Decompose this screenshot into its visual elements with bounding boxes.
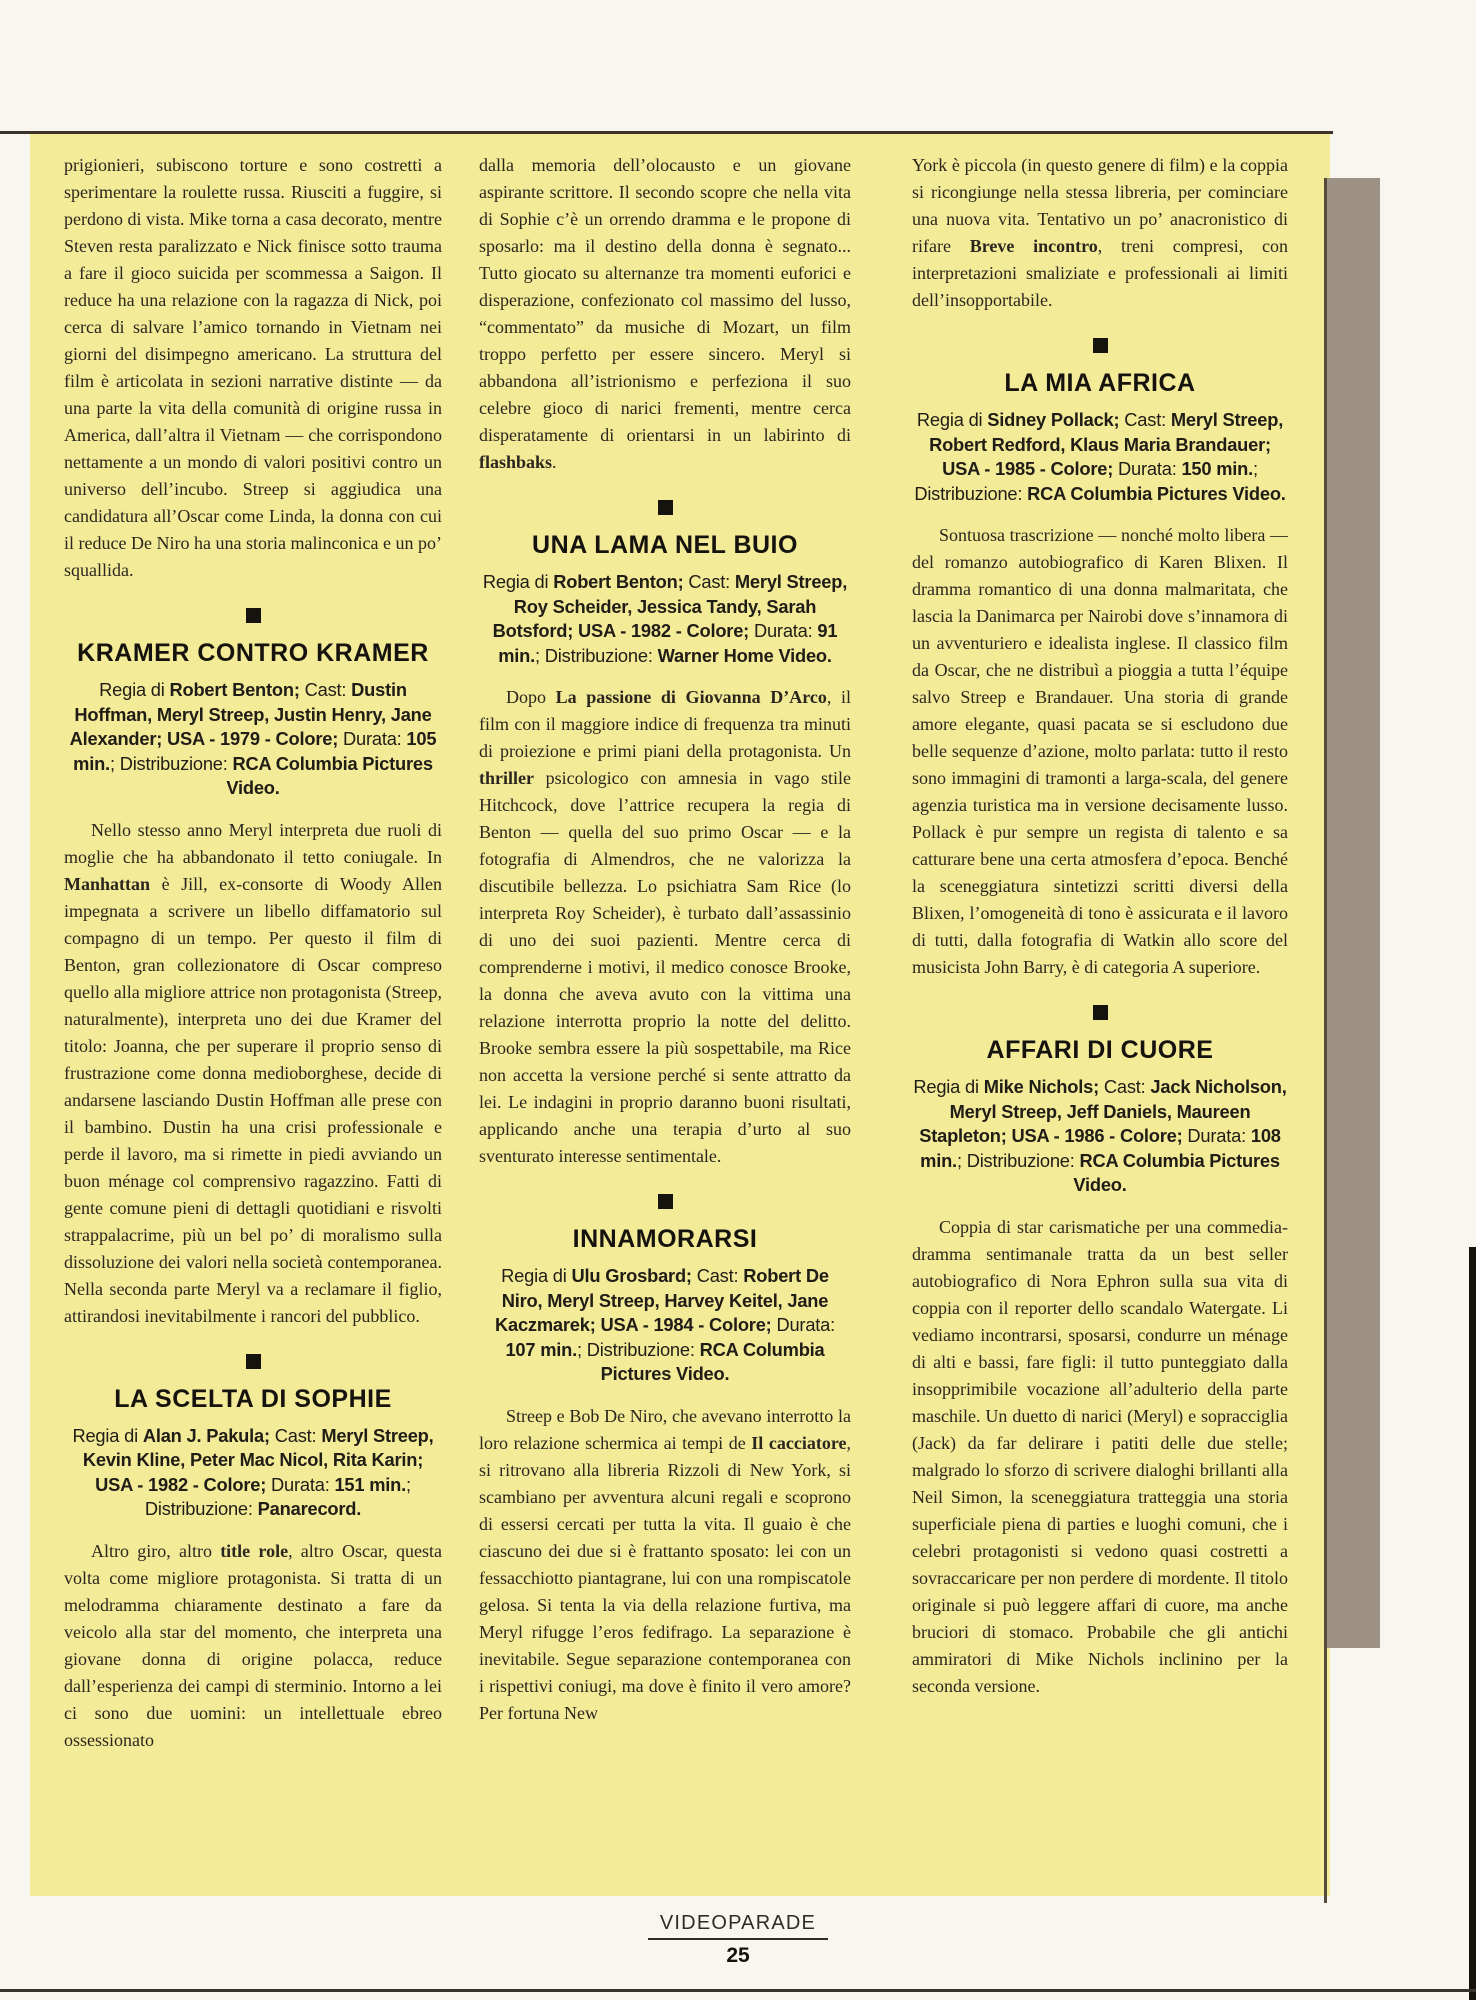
page-footer: VIDEOPARADE 25 bbox=[0, 1912, 1476, 1968]
film-credits: Regia di Alan J. Pakula; Cast: Meryl Str… bbox=[64, 1424, 442, 1522]
text-column-2: dalla memoria dell’olocausto e un giovan… bbox=[479, 152, 851, 1897]
bold-text-run: 107 min. bbox=[505, 1339, 577, 1360]
film-section-title: AFFARI DI CUORE bbox=[912, 1036, 1288, 1065]
film-section-title: UNA LAMA NEL BUIO bbox=[479, 531, 851, 560]
text-run: Sontuosa trascrizione — nonché molto lib… bbox=[912, 525, 1288, 977]
body-text: York è piccola (in questo genere di film… bbox=[912, 152, 1288, 314]
bold-text-run: Sidney Pollack; bbox=[987, 409, 1119, 430]
text-run: Durata: bbox=[1183, 1125, 1251, 1146]
text-run: dalla memoria dell’olocausto e un giovan… bbox=[479, 155, 851, 445]
scan-edge-bar bbox=[1469, 1247, 1476, 2000]
panel-edge-line bbox=[1324, 1648, 1327, 1903]
film-section-title: LA SCELTA DI SOPHIE bbox=[64, 1385, 442, 1414]
text-column-3: York è piccola (in questo genere di film… bbox=[912, 152, 1288, 1897]
text-run: Regia di bbox=[913, 1076, 983, 1097]
film-credits: Regia di Robert Benton; Cast: Dustin Hof… bbox=[64, 678, 442, 801]
text-run: Dopo bbox=[506, 687, 556, 707]
body-text: prigionieri, subiscono torture e sono co… bbox=[64, 152, 442, 584]
film-credits: Regia di Ulu Grosbard; Cast: Robert De N… bbox=[479, 1264, 851, 1387]
body-text: Sontuosa trascrizione — nonché molto lib… bbox=[912, 522, 1288, 981]
scan-shadow-strip bbox=[1324, 178, 1380, 1648]
bold-text-run: thriller bbox=[479, 768, 534, 788]
text-run: psicologico con amnesia in vago stile Hi… bbox=[479, 768, 851, 1166]
film-section-title: INNAMORARSI bbox=[479, 1225, 851, 1254]
body-text: dalla memoria dell’olocausto e un giovan… bbox=[479, 152, 851, 476]
text-run: Durata: bbox=[772, 1314, 835, 1335]
text-run: Cast: bbox=[300, 679, 351, 700]
section-marker-icon bbox=[658, 500, 673, 515]
text-run: Cast: bbox=[1119, 409, 1170, 430]
bold-text-run: Il cacciatore bbox=[751, 1433, 846, 1453]
text-run: Cast: bbox=[683, 571, 734, 592]
text-run: Cast: bbox=[1099, 1076, 1150, 1097]
film-section-title: KRAMER CONTRO KRAMER bbox=[64, 639, 442, 668]
bold-text-run: Robert Benton; bbox=[553, 571, 683, 592]
bold-text-run: La passione di Giovanna D’Arco bbox=[556, 687, 827, 707]
bold-text-run: Mike Nichols; bbox=[984, 1076, 1099, 1097]
text-run: Altro giro, altro bbox=[91, 1541, 220, 1561]
text-run: Durata: bbox=[1113, 458, 1181, 479]
bold-text-run: Warner Home Video. bbox=[658, 645, 832, 666]
section-marker-icon bbox=[246, 608, 261, 623]
bottom-rule bbox=[0, 1989, 1476, 1992]
film-credits: Regia di Mike Nichols; Cast: Jack Nichol… bbox=[912, 1075, 1288, 1198]
section-marker-icon bbox=[1093, 1005, 1108, 1020]
text-run: Cast: bbox=[692, 1265, 743, 1286]
text-run: Regia di bbox=[99, 679, 169, 700]
film-credits: Regia di Sidney Pollack; Cast: Meryl Str… bbox=[912, 408, 1288, 506]
bold-text-run: Robert Benton; bbox=[170, 679, 300, 700]
section-marker-icon bbox=[246, 1354, 261, 1369]
text-run: Durata: bbox=[338, 728, 406, 749]
text-run: ; Distribuzione: bbox=[535, 645, 658, 666]
text-run: prigionieri, subiscono torture e sono co… bbox=[64, 155, 442, 580]
bold-text-run: RCA Columbia Pictures Video. bbox=[1073, 1150, 1280, 1196]
bold-text-run: Breve incontro bbox=[970, 236, 1098, 256]
bold-text-run: title role bbox=[220, 1541, 288, 1561]
body-text: Streep e Bob De Niro, che avevano interr… bbox=[479, 1403, 851, 1727]
magazine-page: { "footer": { "brand": "VIDEOPARADE", "p… bbox=[0, 0, 1476, 2000]
body-text: Altro giro, altro title role, altro Osca… bbox=[64, 1538, 442, 1754]
text-run: Regia di bbox=[917, 409, 987, 430]
text-run: Durata: bbox=[266, 1474, 334, 1495]
text-run: è Jill, ex-consorte di Woody Allen impeg… bbox=[64, 874, 442, 1326]
text-run: ; Distribuzione: bbox=[110, 753, 233, 774]
magazine-logo: VIDEOPARADE bbox=[648, 1912, 828, 1940]
text-column-1: prigionieri, subiscono torture e sono co… bbox=[64, 152, 442, 1897]
section-marker-icon bbox=[658, 1194, 673, 1209]
text-run: Coppia di star carismatiche per una comm… bbox=[912, 1217, 1288, 1696]
bold-text-run: RCA Columbia Pictures Video. bbox=[1027, 483, 1286, 504]
body-text: Nello stesso anno Meryl interpreta due r… bbox=[64, 817, 442, 1330]
text-run: . bbox=[552, 452, 557, 472]
text-run: ; Distribuzione: bbox=[577, 1339, 700, 1360]
body-text: Coppia di star carismatiche per una comm… bbox=[912, 1214, 1288, 1700]
text-run: ; Distribuzione: bbox=[957, 1150, 1080, 1171]
text-run: Regia di bbox=[72, 1425, 142, 1446]
text-run: Durata: bbox=[749, 620, 817, 641]
bold-text-run: RCA Columbia Pictures Video. bbox=[226, 753, 433, 799]
film-credits: Regia di Robert Benton; Cast: Meryl Stre… bbox=[479, 570, 851, 668]
section-marker-icon bbox=[1093, 338, 1108, 353]
bold-text-run: Alan J. Pakula; bbox=[143, 1425, 270, 1446]
text-run: , si ritrovano alla libreria Rizzoli di … bbox=[479, 1433, 851, 1723]
page-number: 25 bbox=[0, 1944, 1476, 1968]
text-run: Regia di bbox=[501, 1265, 571, 1286]
bold-text-run: Ulu Grosbard; bbox=[572, 1265, 692, 1286]
text-run: , altro Oscar, questa volta come miglior… bbox=[64, 1541, 442, 1750]
text-run: Cast: bbox=[270, 1425, 321, 1446]
text-run: Nello stesso anno Meryl interpreta due r… bbox=[64, 820, 442, 867]
bold-text-run: 150 min. bbox=[1181, 458, 1253, 479]
text-run: Regia di bbox=[483, 571, 553, 592]
bold-text-run: Panarecord. bbox=[258, 1498, 361, 1519]
film-section-title: LA MIA AFRICA bbox=[912, 369, 1288, 398]
bold-text-run: Manhattan bbox=[64, 874, 150, 894]
bold-text-run: 151 min. bbox=[334, 1474, 406, 1495]
body-text: Dopo La passione di Giovanna D’Arco, il … bbox=[479, 684, 851, 1170]
bold-text-run: flashbaks bbox=[479, 452, 552, 472]
